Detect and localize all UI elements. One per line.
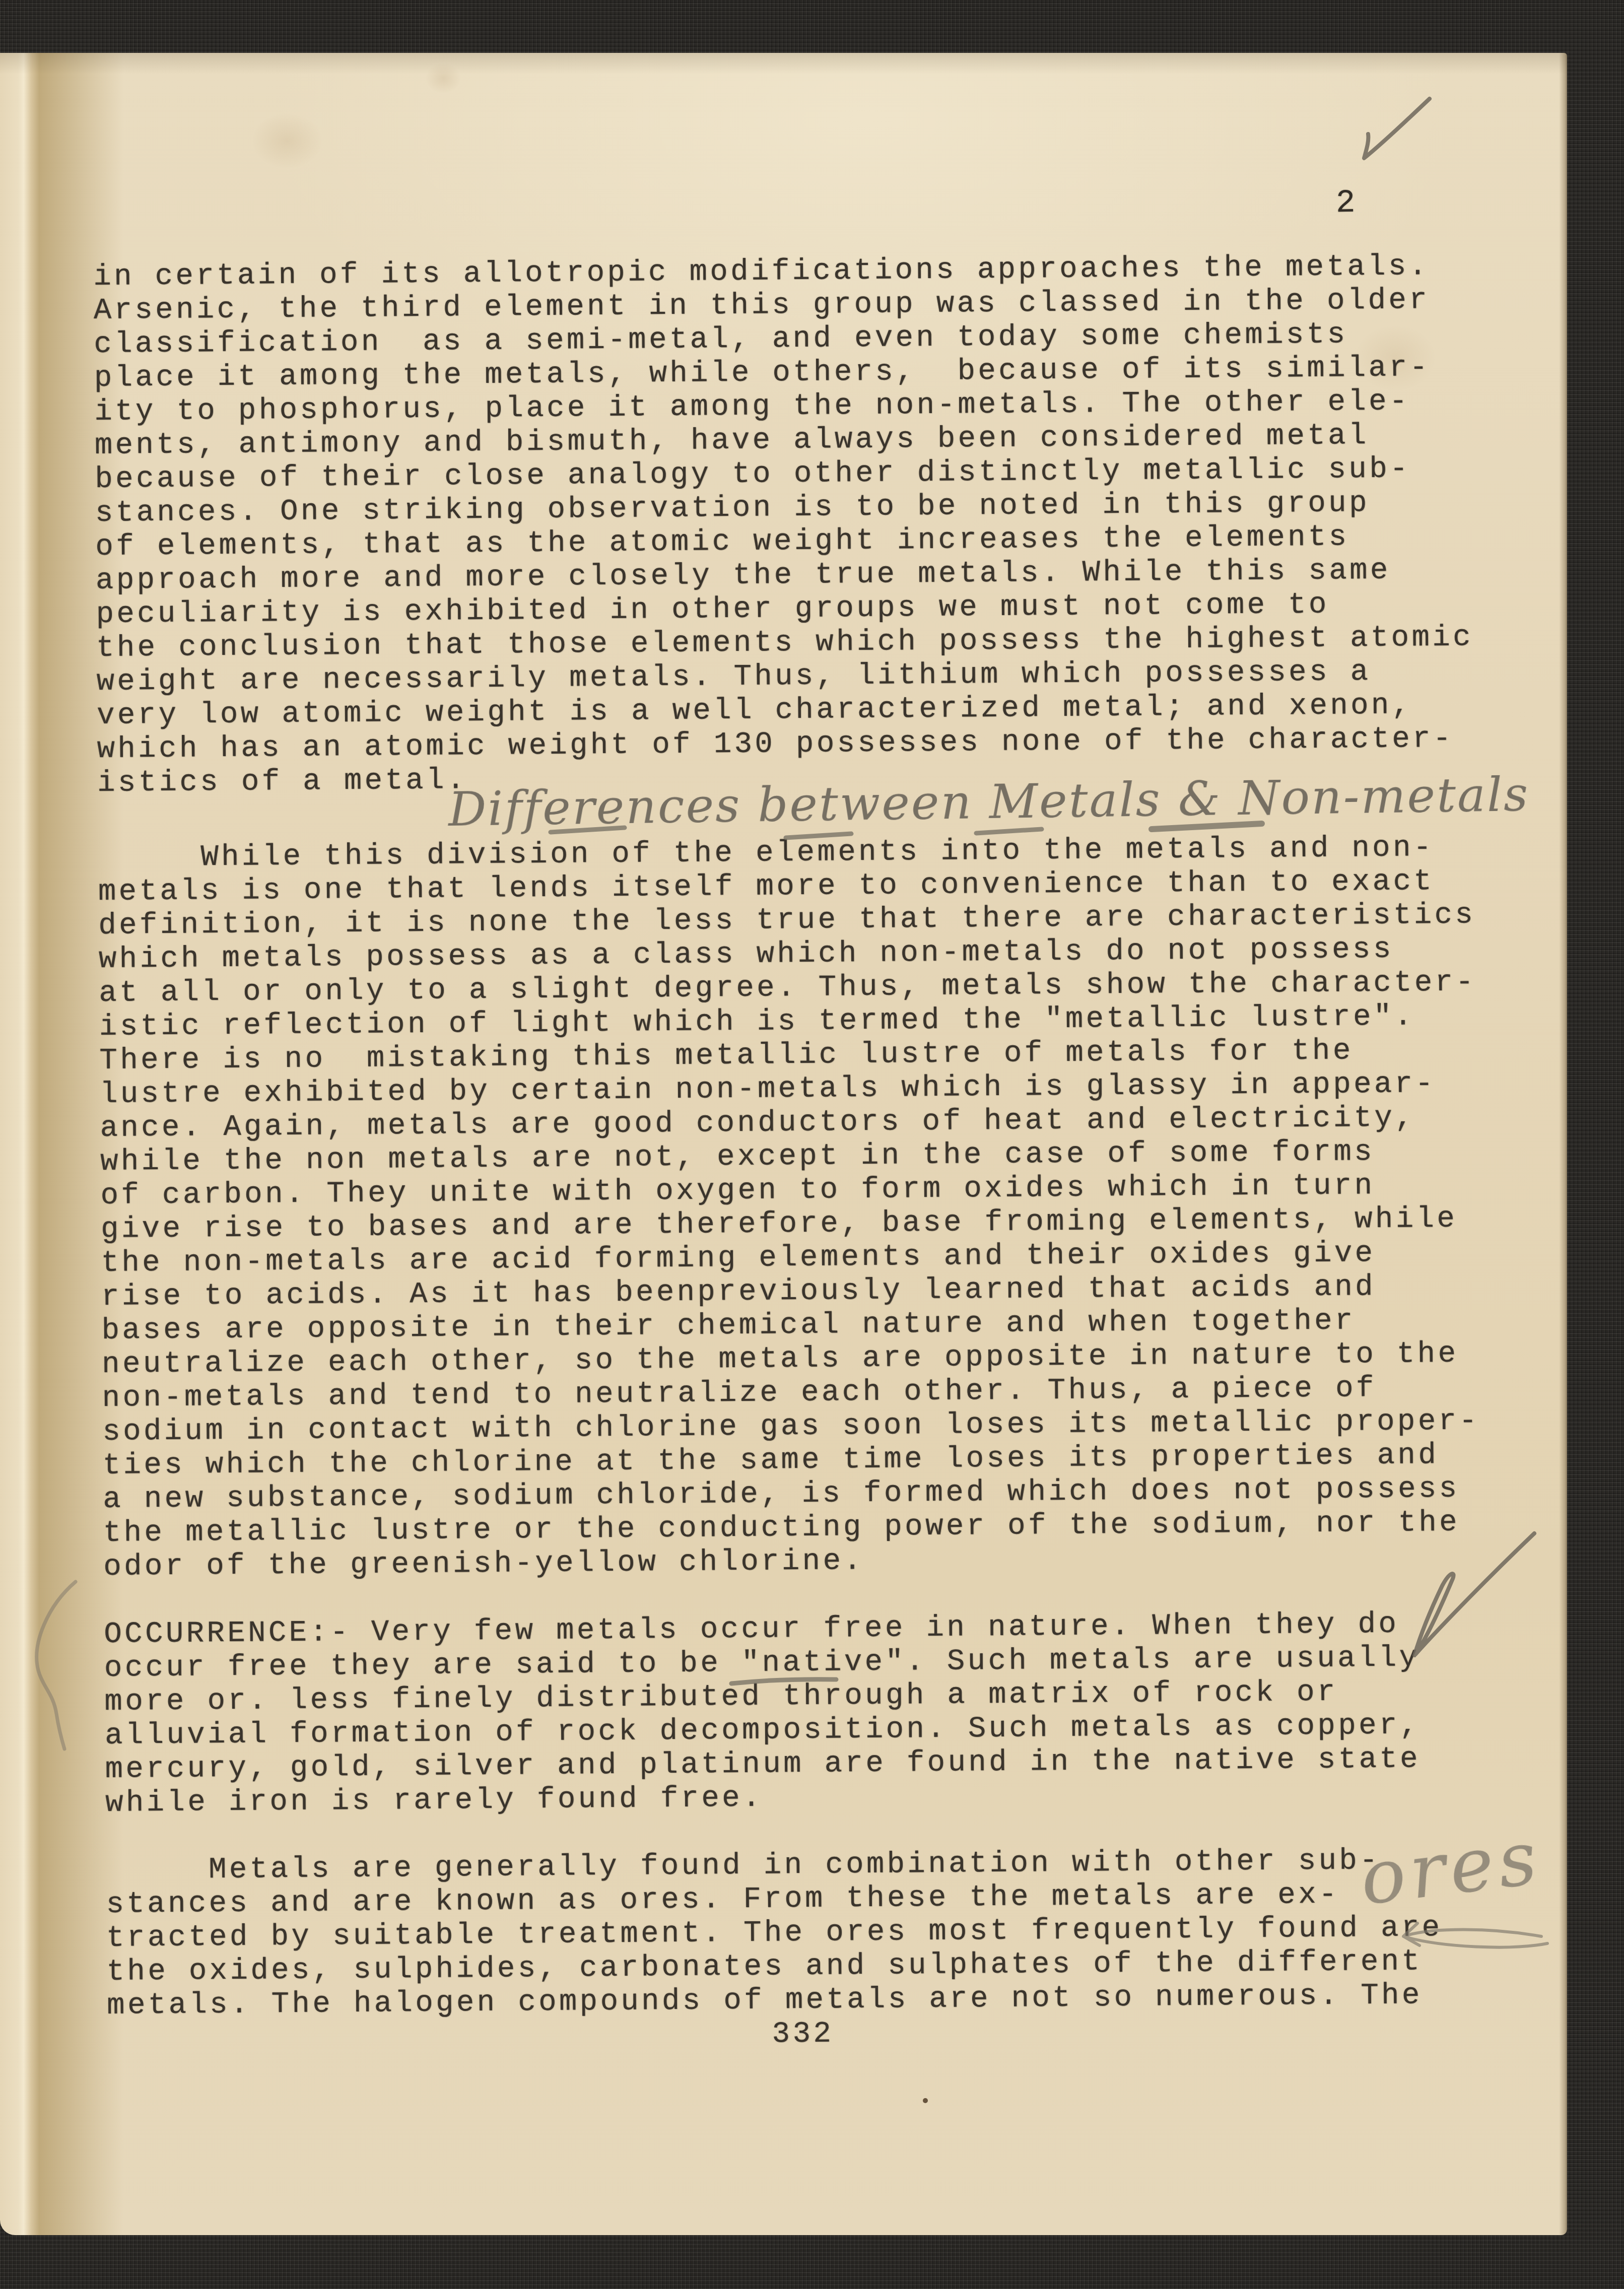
paper-stain (252, 113, 322, 169)
page-number-bottom: 332 (772, 2017, 834, 2051)
paragraph-ores: Metals are generally found in combinatio… (106, 1843, 1443, 2023)
paragraph-allotropic-modifications: in certain of its allotropic modificatio… (93, 249, 1474, 800)
paper-stain (426, 63, 461, 93)
paragraph-occurrence: OCCURRENCE:- Very few metals occur free … (104, 1607, 1421, 1820)
page-number-top: 2 (1335, 185, 1356, 222)
paragraph-metals-vs-nonmetals: While this division of the elements into… (98, 830, 1480, 1583)
scanned-book-page: { "document": { "page_number_top": "2", … (0, 0, 1624, 2289)
